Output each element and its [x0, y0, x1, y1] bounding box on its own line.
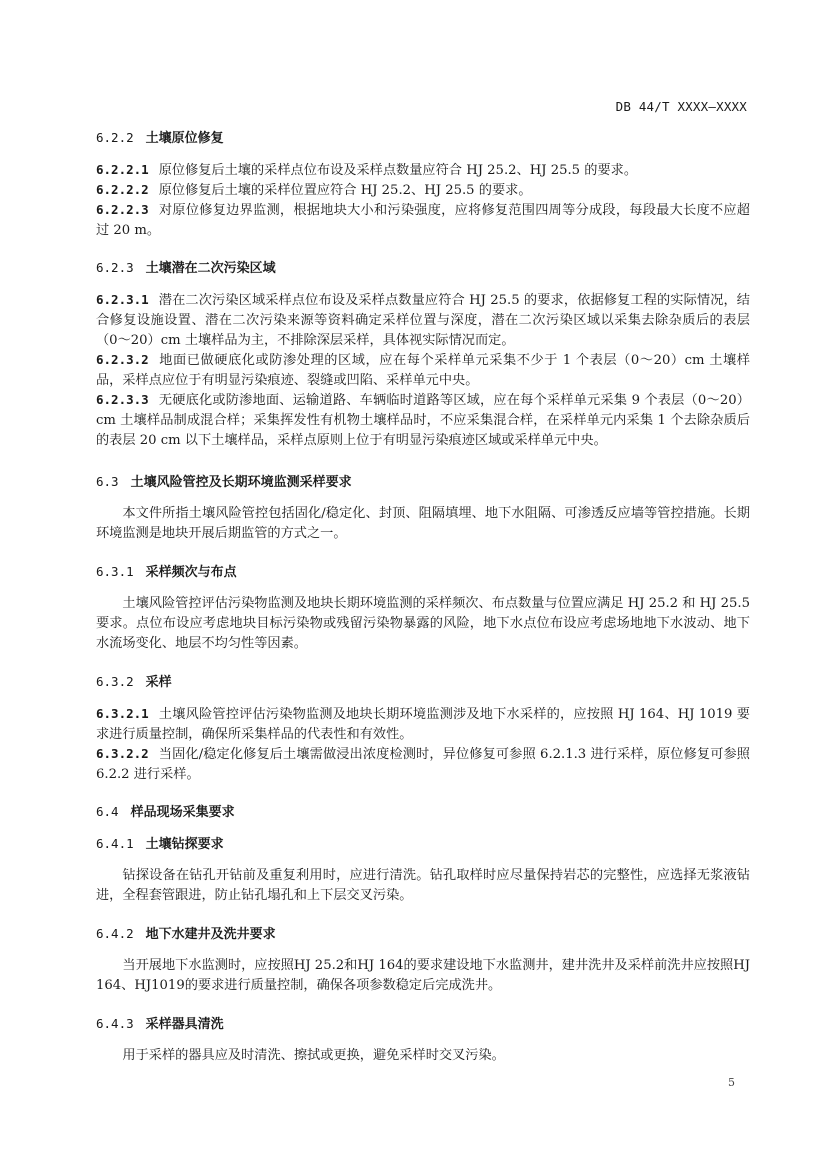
section-heading: 6.2.3土壤潜在二次污染区域 — [96, 258, 750, 279]
clause-text: 原位修复后土壤的采样点位布设及采样点数量应符合 HJ 25.2、HJ 25.5 … — [159, 163, 637, 178]
document-page: DB 44/T XXXX—XXXX 6.2.2土壤原位修复6.2.2.1原位修复… — [0, 0, 826, 1169]
clause-paragraph: 6.3.2.1土壤风险管控评估污染物监测及地块长期环境监测涉及地下水采样的，应按… — [96, 704, 750, 745]
clause-paragraph: 6.2.3.1潜在二次污染区域采样点位布设及采样点数量应符合 HJ 25.5 的… — [96, 290, 750, 351]
clause-paragraph: 6.3.2.2当固化/稳定化修复后土壤需做浸出浓度检测时，异位修复可参照 6.2… — [96, 744, 750, 785]
body-paragraph: 用于采样的器具应及时清洗、擦拭或更换，避免采样时交叉污染。 — [96, 1046, 750, 1066]
section-title: 样品现场采集要求 — [131, 805, 235, 820]
clause-number: 6.2.2.1 — [96, 162, 149, 177]
body-paragraph: 钻探设备在钻孔开钻前及重复利用时，应进行清洗。钻孔取样时应尽量保持岩芯的完整性，… — [96, 866, 750, 906]
clause-number: 6.2.3.3 — [96, 392, 149, 407]
clause-number: 6.2.2.2 — [96, 182, 149, 197]
document-code: DB 44/T XXXX—XXXX — [616, 99, 747, 114]
clause-number: 6.2.3.1 — [96, 292, 149, 307]
section-heading: 6.4.1土壤钻探要求 — [96, 834, 750, 855]
section-number: 6.4 — [96, 804, 119, 819]
section-title: 土壤钻探要求 — [146, 837, 224, 852]
clause-text: 土壤风险管控评估污染物监测及地块长期环境监测涉及地下水采样的，应按照 HJ 16… — [96, 707, 750, 742]
clause-paragraph: 6.2.3.3无硬底化或防渗地面、运输道路、车辆临时道路等区域，应在每个采样单元… — [96, 390, 750, 451]
section-number: 6.4.2 — [96, 926, 134, 941]
clause-number: 6.2.3.2 — [96, 352, 149, 367]
section-heading: 6.4.3采样器具清洗 — [96, 1014, 750, 1035]
section-title: 土壤风险管控及长期环境监测采样要求 — [131, 475, 352, 490]
section-number: 6.4.1 — [96, 836, 134, 851]
section-number: 6.3.2 — [96, 674, 134, 689]
section-number: 6.4.3 — [96, 1016, 134, 1031]
clause-text: 当固化/稳定化修复后土壤需做浸出浓度检测时，异位修复可参照 6.2.1.3 进行… — [96, 747, 750, 782]
clause-text: 地面已做硬底化或防渗处理的区域，应在每个采样单元采集不少于 1 个表层（0～20… — [96, 353, 750, 388]
clause-paragraph: 6.2.3.2地面已做硬底化或防渗处理的区域，应在每个采样单元采集不少于 1 个… — [96, 350, 750, 391]
section-title: 采样 — [146, 675, 172, 690]
clause-text: 对原位修复边界监测，根据地块大小和污染强度，应将修复范围四周等分成段，每段最大长… — [96, 203, 750, 238]
section-number: 6.2.3 — [96, 260, 134, 275]
section-title: 采样器具清洗 — [146, 1017, 224, 1032]
section-title: 地下水建井及洗井要求 — [146, 927, 276, 942]
section-number: 6.3 — [96, 474, 119, 489]
section-title: 土壤潜在二次污染区域 — [146, 261, 276, 276]
section-heading: 6.4样品现场采集要求 — [96, 802, 750, 823]
clause-number: 6.3.2.2 — [96, 746, 149, 761]
body-paragraph: 本文件所指土壤风险管控包括固化/稳定化、封顶、阻隔填埋、地下水阻隔、可渗透反应墙… — [96, 504, 750, 544]
clause-text: 潜在二次污染区域采样点位布设及采样点数量应符合 HJ 25.5 的要求，依据修复… — [96, 293, 750, 348]
page-number: 5 — [728, 1076, 735, 1089]
section-heading: 6.2.2土壤原位修复 — [96, 128, 750, 149]
body-paragraph: 当开展地下水监测时，应按照HJ 25.2和HJ 164的要求建设地下水监测井，建… — [96, 956, 750, 996]
clause-paragraph: 6.2.2.2原位修复后土壤的采样位置应符合 HJ 25.2、HJ 25.5 的… — [96, 180, 750, 201]
section-heading: 6.4.2地下水建井及洗井要求 — [96, 924, 750, 945]
section-number: 6.2.2 — [96, 130, 134, 145]
body-paragraph: 土壤风险管控评估污染物监测及地块长期环境监测的采样频次、布点数量与位置应满足 H… — [96, 594, 750, 654]
clause-number: 6.3.2.1 — [96, 706, 149, 721]
section-heading: 6.3.1采样频次与布点 — [96, 562, 750, 583]
section-title: 土壤原位修复 — [146, 131, 224, 146]
clause-text: 原位修复后土壤的采样位置应符合 HJ 25.2、HJ 25.5 的要求。 — [159, 183, 532, 198]
clause-number: 6.2.2.3 — [96, 202, 149, 217]
clause-paragraph: 6.2.2.1原位修复后土壤的采样点位布设及采样点数量应符合 HJ 25.2、H… — [96, 160, 750, 181]
section-title: 采样频次与布点 — [146, 565, 237, 580]
clause-paragraph: 6.2.2.3对原位修复边界监测，根据地块大小和污染强度，应将修复范围四周等分成… — [96, 200, 750, 241]
section-number: 6.3.1 — [96, 564, 134, 579]
section-heading: 6.3土壤风险管控及长期环境监测采样要求 — [96, 472, 750, 493]
section-heading: 6.3.2采样 — [96, 672, 750, 693]
clause-text: 无硬底化或防渗地面、运输道路、车辆临时道路等区域，应在每个采样单元采集 9 个表… — [96, 393, 750, 448]
